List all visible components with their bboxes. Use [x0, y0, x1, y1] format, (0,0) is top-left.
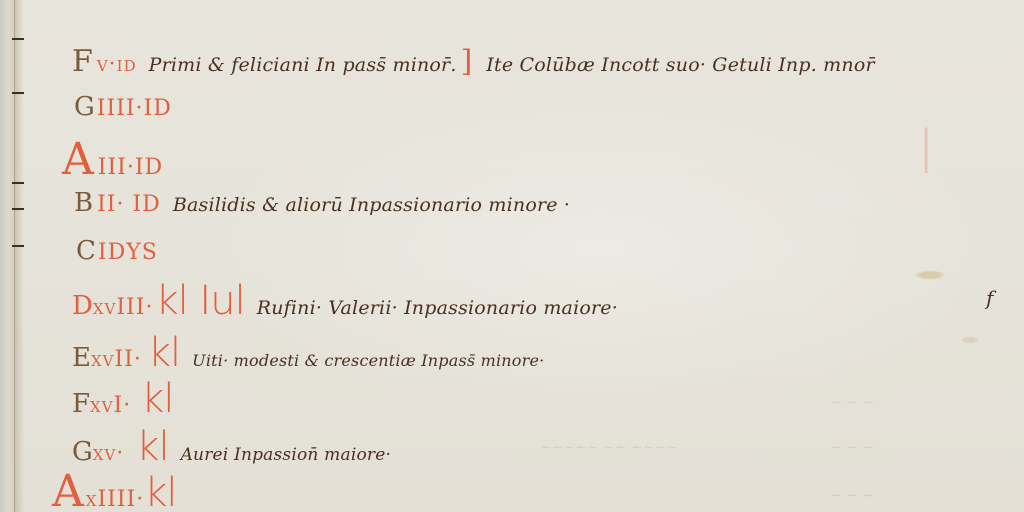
dominical-letter: D	[72, 291, 93, 321]
calendar-entry: F v·id Primi & feliciani In pass̄ minor̄…	[72, 44, 875, 88]
red-bracket: ]	[461, 44, 473, 79]
show-through-red: ~ ~ ~	[830, 395, 874, 411]
kalends-mark: kl Iul	[155, 278, 244, 324]
dominical-letter: B	[74, 188, 93, 218]
binding-edge	[0, 0, 15, 512]
calendar-entry: G IIII·ID	[74, 92, 172, 136]
prick-mark	[12, 245, 24, 247]
kalends-mark: kl	[148, 330, 180, 376]
calendar-entry: A xIIII· kl	[52, 466, 177, 510]
dominical-letter-large: A	[62, 134, 94, 185]
kalends-mark: kl	[141, 376, 173, 422]
dominical-letter: C	[76, 236, 96, 266]
show-through-red: ~ ~ ~	[830, 488, 874, 504]
show-through-red: ~ ~ ~	[830, 440, 874, 456]
prick-mark	[12, 182, 24, 184]
dominical-letter: F	[72, 44, 93, 79]
dominical-letter: E	[72, 343, 91, 373]
calendar-entry: C IDYS	[76, 236, 158, 280]
date-numeral: IDYS	[98, 240, 158, 265]
feast-text: Rufini· Valerii· Inpassionario maiore·	[257, 297, 618, 319]
dominical-letter-large: A	[52, 466, 84, 512]
date-numeral: xv·	[93, 441, 125, 466]
calendar-entry: D xvIII· kl Iul Rufini· Valerii· Inpassi…	[72, 278, 618, 322]
date-numeral: v·id	[97, 52, 137, 77]
calendar-entry: F xvI· kl	[72, 376, 174, 420]
date-numeral: xvII·	[91, 347, 142, 372]
calendar-entry: A III·ID	[62, 134, 163, 178]
feast-text: Aurei Inpassion̄ maiore·	[181, 445, 392, 465]
prick-mark	[12, 208, 24, 210]
kalends-mark: kl	[136, 424, 168, 470]
feast-text: Primi & feliciani In pass̄ minor̄.	[149, 54, 457, 76]
dominical-letter: G	[72, 437, 93, 467]
feast-text: Basilidis & aliorū Inpassionario minore …	[173, 194, 570, 216]
dominical-letter: F	[72, 389, 90, 419]
kalends-mark: kl	[144, 470, 176, 512]
calendar-entry: G xv· kl Aurei Inpassion̄ maiore·	[72, 424, 391, 468]
manuscript-page: F v·id Primi & feliciani In pass̄ minor̄…	[0, 0, 1024, 512]
small-brown-mark: f	[986, 286, 993, 310]
date-numeral: III·ID	[98, 155, 163, 180]
gutter-shadow	[14, 0, 24, 512]
prick-mark	[12, 92, 24, 94]
prick-mark	[12, 38, 24, 40]
calendar-entry: E xvII· kl Uiti· modesti & crescentiæ In…	[72, 330, 544, 374]
date-numeral: IIII·ID	[97, 96, 172, 121]
show-through-text: ~~~~~ ~~ ~~~~	[540, 440, 678, 456]
dominical-letter: G	[74, 92, 95, 122]
feast-text: Uiti· modesti & crescentiæ Inpass̄ minor…	[192, 351, 544, 370]
feast-text-continued: Ite Colūbæ Incott suo· Getuli Inp. mnor̄	[486, 54, 874, 76]
date-numeral: xIIII·	[86, 487, 144, 512]
faint-red-mark: l	[918, 118, 935, 188]
date-numeral: xvIII·	[93, 295, 154, 320]
date-numeral: xvI·	[90, 393, 131, 418]
calendar-entry: B II· ID Basilidis & aliorū Inpassionari…	[74, 188, 570, 232]
date-numeral: II· ID	[97, 192, 161, 217]
